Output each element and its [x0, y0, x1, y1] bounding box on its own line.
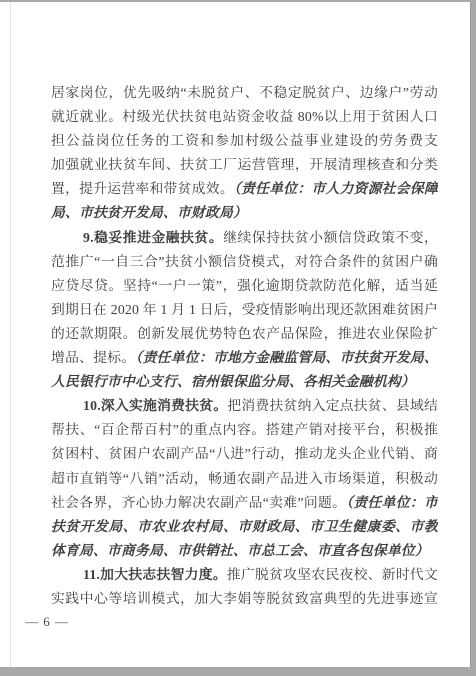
text-line: 局、市扶贫开发局、市财政局）: [51, 201, 438, 225]
text-line: 帮扶、“百企帮百村”的重点内容。搭建产销对接平台，积极推进: [51, 418, 438, 442]
body-text: 置，提升运营率和带贫成效。: [51, 181, 234, 196]
body-text: 加强就业扶贫车间、扶贫工厂运营管理，开展清理核查和分类处: [51, 157, 438, 177]
body-text: 帮扶、“百企帮百村”的重点内容。搭建产销对接平台，积极推进: [51, 422, 438, 442]
paragraph-lead: 9.稳妥推进金融扶贫。: [83, 230, 223, 245]
text-line: 扶贫开发局、市农业农村局、市财政局、市卫生健康委、市教育: [51, 515, 438, 539]
text-line: 9.稳妥推进金融扶贫。继续保持扶贫小额信贷政策不变，规: [51, 226, 438, 250]
document-page: 居家岗位，优先吸纳“未脱贫户、不稳定脱贫户、边缘户”劳动力就近就业。村级光伏扶贫…: [0, 2, 471, 667]
text-line: 体育局、市商务局、市供销社、市总工会、市直各包保单位）: [51, 539, 438, 563]
body-text: 增品、提标。: [51, 350, 135, 365]
text-line: 的还款期限。创新发展优势特色农产品保险，推进农业保险扩面、: [51, 322, 438, 346]
paragraph-lead: 10.深入实施消费扶贫。: [83, 398, 227, 413]
body-text: 就近就业。村级光伏扶贫电站资金收益 80%以上用于贫困人口承: [51, 109, 438, 129]
text-line: 社会各界，齐心协力解决农副产品“卖难”问题。（责任单位：市: [51, 491, 438, 515]
text-line: 就近就业。村级光伏扶贫电站资金收益 80%以上用于贫困人口承: [51, 105, 438, 129]
text-line: 贫困村、贫困户农副产品“八进”行动，推动龙头企业代销、商场: [51, 442, 438, 466]
body-text: 范推广“一自三合”扶贫小额信贷模式，对符合条件的贫困户确保: [51, 254, 438, 274]
responsibility-unit-text: 体育局、市商务局、市供销社、市总工会、市直各包保单位）: [51, 543, 429, 558]
text-line: 加强就业扶贫车间、扶贫工厂运营管理，开展清理核查和分类处: [51, 153, 438, 177]
text-line: 到期日在 2020 年 1 月 1 日后，受疫情影响出现还款困难贫困户: [51, 298, 438, 322]
text-line: 超市直销等“八销”活动，畅通农副产品进入市场渠道，积极动员: [51, 467, 438, 491]
body-text: 的还款期限。创新发展优势特色农产品保险，推进农业保险扩面、: [51, 326, 438, 346]
body-text: 社会各界，齐心协力解决农副产品“卖难”问题。: [51, 495, 346, 510]
text-line: 人民银行市中心支行、宿州银保监分局、各相关金融机构）: [51, 370, 438, 394]
text-line: 10.深入实施消费扶贫。把消费扶贫纳入定点扶贫、县域结对: [51, 394, 438, 418]
body-text: 担公益岗位任务的工资和参加村级公益事业建设的劳务费支出。: [51, 133, 438, 153]
text-line: 11.加大扶志扶智力度。推广脱贫攻坚农民夜校、新时代文明: [51, 563, 438, 587]
text-line: 居家岗位，优先吸纳“未脱贫户、不稳定脱贫户、边缘户”劳动力: [51, 81, 438, 105]
text-line: 应贷尽贷。坚持“一户一策”，强化逾期贷款防范化解，适当延长: [51, 274, 438, 298]
body-text: 贫困村、贫困户农副产品“八进”行动，推动龙头企业代销、商场: [51, 446, 438, 466]
text-line: 增品、提标。（责任单位：市地方金融监管局、市扶贫开发局、: [51, 346, 438, 370]
body-text: 到期日在 2020 年 1 月 1 日后，受疫情影响出现还款困难贫困户: [51, 302, 438, 317]
document-text: 居家岗位，优先吸纳“未脱贫户、不稳定脱贫户、边缘户”劳动力就近就业。村级光伏扶贫…: [51, 81, 438, 611]
responsibility-unit-text: 局、市扶贫开发局、市财政局）: [51, 205, 247, 220]
responsibility-unit-text: （责任单位：市: [346, 495, 438, 510]
body-text: 超市直销等“八销”活动，畅通农副产品进入市场渠道，积极动员: [51, 471, 438, 491]
responsibility-unit-text: 扶贫开发局、市农业农村局、市财政局、市卫生健康委、市教育: [51, 519, 438, 539]
body-text: 实践中心等培训模式，加大李娟等脱贫致富典型的先进事迹宣: [51, 591, 438, 606]
text-line: 实践中心等培训模式，加大李娟等脱贫致富典型的先进事迹宣: [51, 587, 438, 611]
page-number: — 6 —: [25, 614, 69, 630]
text-line: 担公益岗位任务的工资和参加村级公益事业建设的劳务费支出。: [51, 129, 438, 153]
body-text: 居家岗位，优先吸纳“未脱贫户、不稳定脱贫户、边缘户”劳动力: [51, 85, 438, 105]
body-text: 应贷尽贷。坚持“一户一策”，强化逾期贷款防范化解，适当延长: [51, 278, 438, 298]
paragraph-lead: 11.加大扶志扶智力度。: [83, 567, 227, 582]
text-line: 范推广“一自三合”扶贫小额信贷模式，对符合条件的贫困户确保: [51, 250, 438, 274]
responsibility-unit-text: 人民银行市中心支行、宿州银保监分局、各相关金融机构）: [51, 374, 415, 389]
text-line: 置，提升运营率和带贫成效。（责任单位：市人力资源社会保障: [51, 177, 438, 201]
responsibility-unit-text: （责任单位：市人力资源社会保障: [234, 181, 438, 196]
responsibility-unit-text: （责任单位：市地方金融监管局、市扶贫开发局、: [135, 350, 438, 365]
page-left-edge-line: [10, 2, 11, 667]
